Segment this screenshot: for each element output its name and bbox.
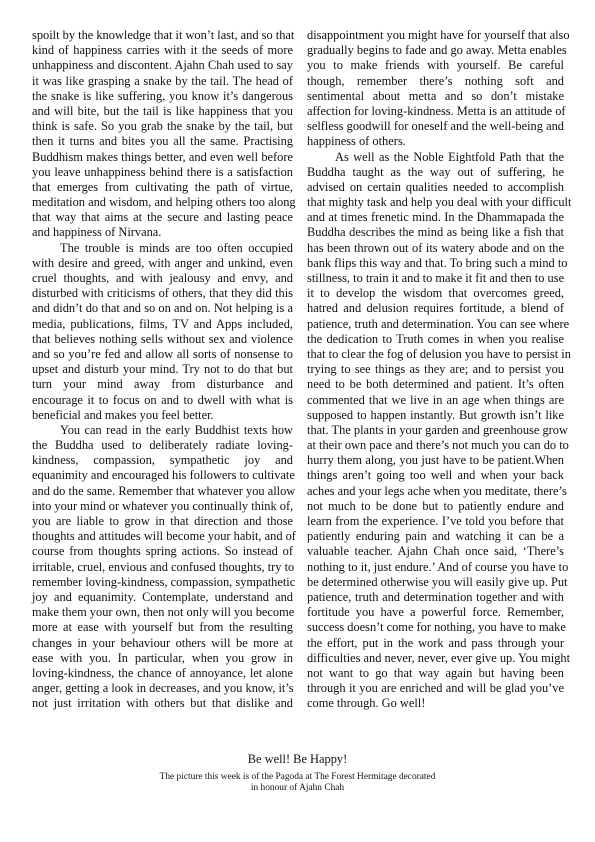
text-line: loving-kindness, the chance of annoyance…	[32, 666, 293, 681]
right-column: disappointment you might have for yourse…	[307, 28, 564, 711]
text-line: into your mind or whatever you continual…	[32, 499, 293, 514]
text-line: patience, truth and determination. You c…	[307, 317, 564, 332]
text-line: irritable, cruel, envious and confused t…	[32, 560, 293, 575]
text-line: media, publications, films, TV and Apps …	[32, 317, 293, 332]
text-line: you to make friends with yourself. Be ca…	[307, 58, 564, 73]
text-line: unhappiness and discontent. Ajahn Chah u…	[32, 58, 293, 73]
text-line: then it turns and bites you all the same…	[32, 134, 293, 149]
text-line: the dedication to Truth comes in when yo…	[307, 332, 564, 347]
text-line: kindness, compassion, sympathetic joy an…	[32, 453, 293, 468]
text-line: and at times frenetic mind. In the Dhamm…	[307, 210, 564, 225]
text-line: be determined otherwise you will easily …	[307, 575, 564, 590]
picture-caption: The picture this week is of the Pagoda a…	[0, 772, 595, 794]
text-line: encourage it to focus on and to dwell wi…	[32, 393, 293, 408]
text-line: beneficial and makes you feel better.	[32, 408, 293, 423]
text-line: Buddhism makes things better, and even w…	[32, 150, 293, 165]
text-line: it to develop the wisdom that overcomes …	[307, 286, 564, 301]
text-line: and do the same. Remember that whatever …	[32, 484, 293, 499]
text-line: that emerges from cultivating the path o…	[32, 180, 293, 195]
closing-blessing: Be well! Be Happy!	[0, 752, 595, 767]
text-line: kind of happiness carries with it the se…	[32, 43, 293, 58]
text-line: stillness, to train it and to make it fi…	[307, 271, 564, 286]
text-line: not much to be done but to patiently end…	[307, 499, 564, 514]
text-line: Buddha describes the mind as being like …	[307, 225, 564, 240]
text-line: selfless goodwill for oneself and the we…	[307, 119, 564, 134]
text-line: it was like grasping a snake by the tail…	[32, 74, 293, 89]
text-line: nothing to it, just endure.’ And of cour…	[307, 560, 564, 575]
text-line: bank flips this way and that. To bring s…	[307, 256, 564, 271]
text-line: commented that we live in an age when th…	[307, 393, 564, 408]
text-line: not just irritation with others but that…	[32, 696, 293, 711]
text-line: anger, getting a look in decreases, and …	[32, 681, 293, 696]
text-line: and didn’t do that and so on and on. Not…	[32, 301, 293, 316]
text-line: disappointment you might have for yourse…	[307, 28, 564, 43]
text-line: supposed to happen instantly. But growth…	[307, 408, 564, 423]
text-line: and happiness of Nirvana.	[32, 225, 293, 240]
text-line: you are liable to grow in that direction…	[32, 514, 293, 529]
text-line: changes in your behaviour others will be…	[32, 636, 293, 651]
text-line: come through. Go well!	[307, 696, 564, 711]
text-line: affection for loving-kindness. Metta is …	[307, 104, 564, 119]
text-line: that. The plants in your garden and gree…	[307, 423, 564, 438]
text-line: advised on certain qualities needed to a…	[307, 180, 564, 195]
text-line: has been thrown out of its watery abode …	[307, 241, 564, 256]
text-line: The trouble is minds are too often occup…	[32, 241, 293, 256]
text-line: ease with you. In particular, when you g…	[32, 651, 293, 666]
text-line: not want to go that way again but having…	[307, 666, 564, 681]
caption-line: The picture this week is of the Pagoda a…	[0, 772, 595, 783]
text-line: course from thoughts spring actions. So …	[32, 544, 293, 559]
text-line: equanimity and encouraged his followers …	[32, 468, 293, 483]
text-line: gradually begins to fade and go away. Me…	[307, 43, 564, 58]
text-line: upset and disturb your mind. Try not to …	[32, 362, 293, 377]
text-line: You can read in the early Buddhist texts…	[32, 423, 293, 438]
text-line: at their own pace and there’s not much y…	[307, 438, 564, 453]
caption-line: in honour of Ajahn Chah	[0, 783, 595, 794]
text-line: aches and your legs ache when you medita…	[307, 484, 564, 499]
text-line: disturbed with criticisms of others, tha…	[32, 286, 293, 301]
text-line: happiness of others.	[307, 134, 564, 149]
text-line: trying to see things as they are; and to…	[307, 362, 564, 377]
text-line: meditation and wisdom, and helping other…	[32, 195, 293, 210]
text-line: remember loving-kindness, compassion, sy…	[32, 575, 293, 590]
text-line: Buddha taught as the way out of sufferin…	[307, 165, 564, 180]
text-line: thoughts and attitudes will become your …	[32, 529, 293, 544]
text-line: make them your own, then not only will y…	[32, 605, 293, 620]
text-line: through it you are enriched and will be …	[307, 681, 564, 696]
text-line: that to clear the fog of delusion you ha…	[307, 347, 564, 362]
text-line: fortitude you have a powerful force. Rem…	[307, 605, 564, 620]
text-line: hatred and delusion requires fortitude, …	[307, 301, 564, 316]
text-line: the effort, put in the work and pass thr…	[307, 636, 564, 651]
text-line: turn your mind away from disturbance and	[32, 377, 293, 392]
text-line: the Buddha used to deliberately radiate …	[32, 438, 293, 453]
text-line: learn from the experience. I’ve told you…	[307, 514, 564, 529]
text-line: you leave unhappiness behind there is a …	[32, 165, 293, 180]
text-line: with desire and greed, with anger and un…	[32, 256, 293, 271]
text-line: success doesn’t come for nothing, you ha…	[307, 620, 564, 635]
text-line: patience, truth and determination togeth…	[307, 590, 564, 605]
text-line: the snake is like suffering, you know it…	[32, 89, 293, 104]
text-line: and will bite, but the tail is like happ…	[32, 104, 293, 119]
text-line: sentimental about metta and so don’t mis…	[307, 89, 564, 104]
text-line: that believes nothing sells without sex …	[32, 332, 293, 347]
text-line: need to be both determined and patient. …	[307, 377, 564, 392]
text-line: that mighty task and help you deal with …	[307, 195, 564, 210]
text-line: As well as the Noble Eightfold Path that…	[307, 150, 564, 165]
text-line: think is safe. So you grab the snake by …	[32, 119, 293, 134]
text-line: patiently enduring pain and watching it …	[307, 529, 564, 544]
left-column: spoilt by the knowledge that it won’t la…	[32, 28, 293, 711]
text-line: that way that aims at the secure and las…	[32, 210, 293, 225]
text-line: things aren’t going too well and when yo…	[307, 468, 564, 483]
text-line: more at ease with yourself but from the …	[32, 620, 293, 635]
text-line: joy and equanimity. Contemplate, underst…	[32, 590, 293, 605]
text-line: valuable teacher. Ajahn Chah once said, …	[307, 544, 564, 559]
text-line: hurry them along, you just have to be pa…	[307, 453, 564, 468]
text-line: and so you’re fed and allow all sorts of…	[32, 347, 293, 362]
text-line: spoilt by the knowledge that it won’t la…	[32, 28, 293, 43]
text-line: difficulties and never, never, ever give…	[307, 651, 564, 666]
text-line: cruel thoughts, and with jealousy and en…	[32, 271, 293, 286]
text-line: though, remember there’s nothing soft an…	[307, 74, 564, 89]
